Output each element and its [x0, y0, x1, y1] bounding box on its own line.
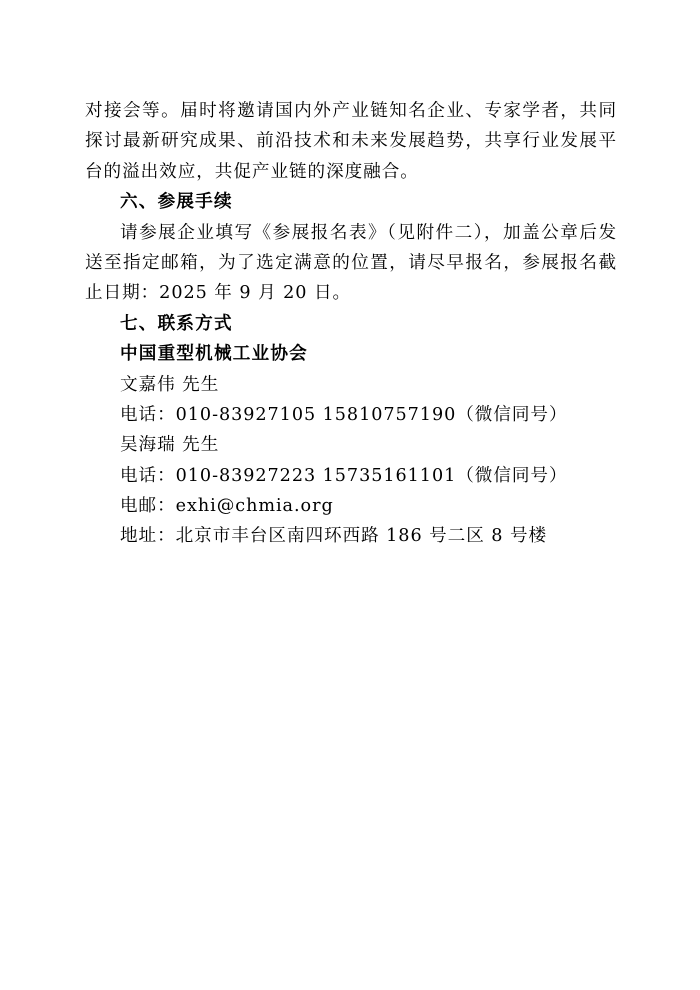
section-6-line-1: 请参展企业填写《参展报名表》（见附件二），加盖公章后发 — [85, 218, 617, 248]
intro-line-2: 探讨最新研究成果、前沿技术和未来发展趋势，共享行业发展平 — [85, 126, 617, 156]
section-6-line-3: 止日期：2025 年 9 月 20 日。 — [85, 278, 617, 308]
contact-2-phone: 电话：010-83927223 15735161101（微信同号） — [85, 461, 617, 491]
contact-1-phone: 电话：010-83927105 15810757190（微信同号） — [85, 400, 617, 430]
section-6-heading: 六、参展手续 — [85, 187, 617, 217]
intro-line-1: 对接会等。届时将邀请国内外产业链知名企业、专家学者，共同 — [85, 96, 617, 126]
contact-2-name: 吴海瑞 先生 — [85, 430, 617, 460]
section-6-line-2: 送至指定邮箱，为了选定满意的位置，请尽早报名，参展报名截 — [85, 248, 617, 278]
contact-email: 电邮：exhi@chmia.org — [85, 491, 617, 521]
document-page: 对接会等。届时将邀请国内外产业链知名企业、专家学者，共同 探讨最新研究成果、前沿… — [85, 96, 617, 552]
intro-line-3: 台的溢出效应，共促产业链的深度融合。 — [85, 157, 617, 187]
contact-1-name: 文嘉伟 先生 — [85, 370, 617, 400]
section-7-heading: 七、联系方式 — [85, 309, 617, 339]
contact-address: 地址：北京市丰台区南四环西路 186 号二区 8 号楼 — [85, 521, 617, 551]
organization-name: 中国重型机械工业协会 — [85, 339, 617, 369]
